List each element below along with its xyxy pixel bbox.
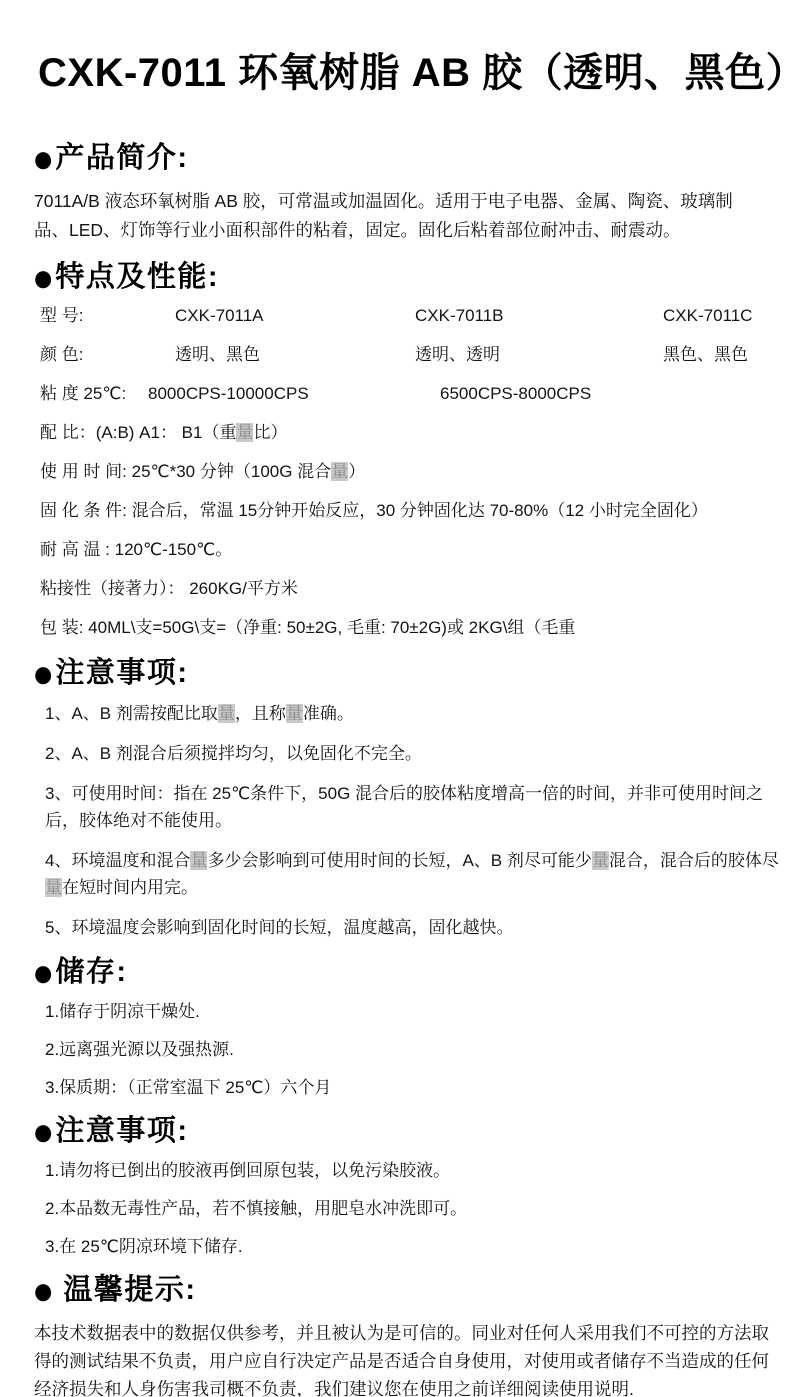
list-item: 2.远离强光源以及强热源. (32, 1037, 780, 1063)
list-item: 3.在 25℃阴凉环境下储存. (32, 1234, 780, 1260)
list-item: 2.本品数无毒性产品，若不慎接触，用肥皂水冲洗即可。 (32, 1196, 780, 1222)
spec-label: 粘 度 25℃: (40, 382, 148, 405)
spec-label: 型 号: (40, 304, 175, 327)
bullet-icon: ● (32, 1271, 54, 1311)
spec-row-worktime: 使 用 时 间: 25℃*30 分钟（100G 混合量） (32, 460, 762, 483)
section-heading-label: 注意事项: (55, 1113, 188, 1149)
section-heading-label: 特点及性能: (55, 259, 219, 295)
list-item: 3、可使用时间：指在 25℃条件下，50G 混合后的胶体粘度增高一倍的时间，并非… (32, 780, 780, 834)
storage-list: 1.储存于阴凉干燥处. 2.远离强光源以及强热源. 3.保质期：（正常室温下 2… (32, 999, 762, 1101)
spec-table: 型 号: CXK-7011A CXK-7011B CXK-7011C 颜 色: … (32, 304, 762, 639)
section-heading-features: ● 特点及性能: (32, 259, 762, 296)
list-item: 4、环境温度和混合量多少会影响到可使用时间的长短，A、B 剂尽可能少量混合，混合… (32, 847, 780, 901)
spec-row-curing: 固 化 条 件: 混合后，常温 15分钟开始反应，30 分钟固化达 70-80%… (32, 499, 762, 522)
tips-paragraph: 本技术数据表中的数据仅供参考，并且被认为是可信的。同业对任何人采用我们不可控的方… (34, 1319, 770, 1397)
spec-value-b: 6500CPS-8000CPS (440, 382, 762, 405)
list-item: 2、A、B 剂混合后须搅拌均匀，以免固化不完全。 (32, 740, 780, 767)
bullet-icon: ● (32, 1112, 54, 1152)
section-heading-label: 储存: (55, 954, 127, 990)
page-title: CXK-7011 环氧树脂 AB 胶（透明、黑色） (38, 46, 762, 100)
bullet-icon: ● (32, 654, 54, 694)
spec-row-color: 颜 色: 透明、黑色 透明、透明 黑色、黑色 (32, 343, 762, 366)
section-heading-label: 产品简介: (55, 140, 188, 176)
bullet-icon: ● (32, 953, 54, 993)
section-heading-notice1: ● 注意事项: (32, 655, 762, 692)
spec-row-packaging: 包 装: 40ML\支=50G\支=（净重: 50±2G, 毛重: 70±2G)… (32, 616, 762, 639)
spec-value-b: 透明、透明 (415, 343, 663, 366)
spec-value-b: CXK-7011B (415, 304, 663, 327)
spec-value-a: 8000CPS-10000CPS (148, 382, 440, 405)
section-heading-label: 温馨提示: (63, 1272, 196, 1308)
spec-value-a: 透明、黑色 (175, 343, 415, 366)
section-heading-notice2: ● 注意事项: (32, 1113, 762, 1150)
notice1-list: 1、A、B 剂需按配比取量，且称量准确。 2、A、B 剂混合后须搅拌均匀，以免固… (32, 700, 762, 941)
spec-value-c: CXK-7011C (663, 304, 762, 327)
spec-value-c: 黑色、黑色 (663, 343, 762, 366)
bullet-icon: ● (32, 139, 54, 179)
spec-value-a: CXK-7011A (175, 304, 415, 327)
section-heading-intro: ● 产品简介: (32, 140, 762, 177)
product-spec-page: CXK-7011 环氧树脂 AB 胶（透明、黑色） ● 产品简介: 7011A/… (0, 0, 790, 1397)
notice2-list: 1.请勿将已倒出的胶液再倒回原包装，以免污染胶液。 2.本品数无毒性产品，若不慎… (32, 1158, 762, 1260)
section-heading-label: 注意事项: (55, 655, 188, 691)
list-item: 1.请勿将已倒出的胶液再倒回原包装，以免污染胶液。 (32, 1158, 780, 1184)
spec-label: 颜 色: (40, 343, 175, 366)
list-item: 5、环境温度会影响到固化时间的长短，温度越高，固化越快。 (32, 914, 780, 941)
list-item: 3.保质期：（正常室温下 25℃）六个月 (32, 1075, 780, 1101)
spec-row-model: 型 号: CXK-7011A CXK-7011B CXK-7011C (32, 304, 762, 327)
list-item: 1.储存于阴凉干燥处. (32, 999, 780, 1025)
spec-row-adhesion: 粘接性（接著力）： 260KG/平方米 (32, 577, 762, 600)
bullet-icon: ● (32, 258, 54, 298)
section-heading-tips: ● 温馨提示: (32, 1272, 762, 1309)
section-heading-storage: ● 储存: (32, 954, 762, 991)
spec-row-viscosity: 粘 度 25℃: 8000CPS-10000CPS 6500CPS-8000CP… (32, 382, 762, 405)
list-item: 1、A、B 剂需按配比取量，且称量准确。 (32, 700, 780, 727)
intro-paragraph: 7011A/B 液态环氧树脂 AB 胶，可常温或加温固化。适用于电子电器、金属、… (34, 187, 766, 245)
spec-row-ratio: 配 比：(A:B) A1： B1（重量比） (32, 421, 762, 444)
spec-row-heat-resist: 耐 高 温 : 120℃-150℃。 (32, 538, 762, 561)
